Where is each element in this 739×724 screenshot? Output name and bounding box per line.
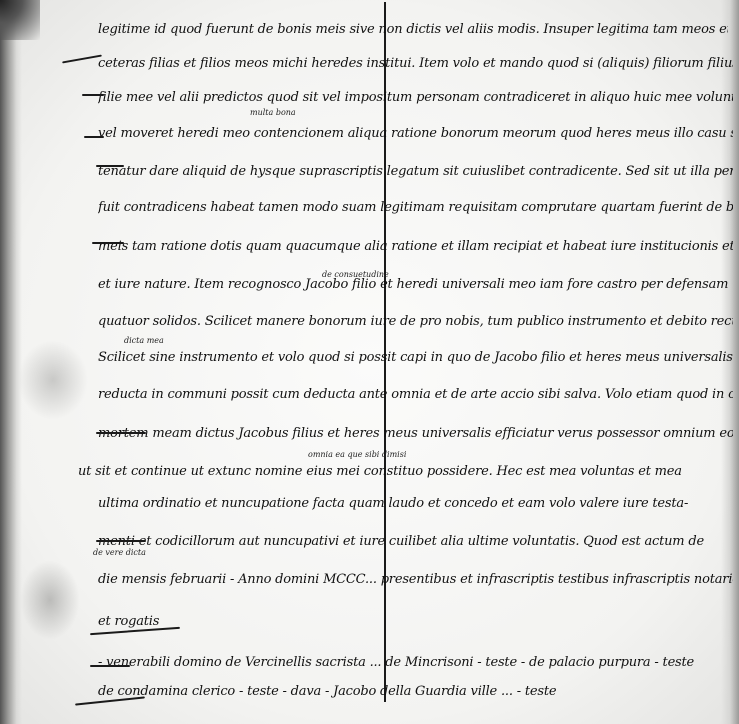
manuscript-line: de condamina clerico - teste - dava - Ja… (98, 684, 598, 699)
manuscript-line: ut sit et continue ut extunc nomine eius… (78, 464, 728, 479)
pen-flourish (84, 136, 104, 138)
manuscript-line: legitime id quod fuerunt de bonis meis s… (98, 22, 728, 37)
manuscript-line: ultima ordinatio et nuncupatione facta q… (98, 496, 733, 511)
manuscript-line: filie mee vel alii predictos quod sit ve… (98, 90, 733, 105)
manuscript-line: - venerabili domino de Vercinellis sacri… (98, 655, 733, 670)
interlinear-gloss: multa bona (250, 108, 296, 117)
pen-flourish (96, 165, 124, 167)
interlinear-gloss: de vere dicta (93, 548, 146, 557)
pen-flourish (96, 432, 146, 434)
manuscript-line: die mensis februarii - Anno domini MCCC.… (98, 572, 733, 587)
pen-flourish (96, 540, 146, 542)
manuscript-line: meis tam ratione dotis quam quacumque al… (98, 239, 733, 254)
pen-flourish (82, 94, 104, 96)
manuscript-line: ceteras filias et filios meos michi here… (98, 56, 733, 71)
manuscript-line: reducta in communi possit cum deducta an… (98, 387, 733, 402)
pen-flourish (62, 55, 102, 64)
manuscript-line: menti et codicillorum aut nuncupativi et… (98, 534, 733, 549)
manuscript-line: Scilicet sine instrumento et volo quod s… (98, 350, 733, 365)
interlinear-gloss: de consuetudine (322, 270, 389, 279)
interlinear-gloss: omnia ea que sibi dimisi (308, 450, 406, 459)
paper-stain (18, 340, 88, 420)
manuscript-page: legitime id quod fuerunt de bonis meis s… (0, 0, 739, 724)
manuscript-line: mortem meam dictus Jacobus filius et her… (98, 426, 733, 441)
pen-flourish (92, 242, 124, 244)
manuscript-line: tenatur dare aliquid de hysque suprascri… (98, 164, 733, 179)
manuscript-line: et iure nature. Item recognosco Jacobo f… (98, 277, 733, 292)
interlinear-gloss: dicta mea (124, 336, 164, 345)
manuscript-line: vel moveret heredi meo contencionem aliq… (98, 126, 733, 141)
manuscript-line: et rogatis (98, 614, 218, 629)
manuscript-line: fuit contradicens habeat tamen modo suam… (98, 200, 733, 215)
manuscript-line: quatuor solidos. Scilicet manere bonorum… (98, 314, 733, 329)
page-corner-shadow (0, 0, 40, 40)
paper-stain (20, 560, 80, 640)
pen-flourish (90, 665, 130, 667)
